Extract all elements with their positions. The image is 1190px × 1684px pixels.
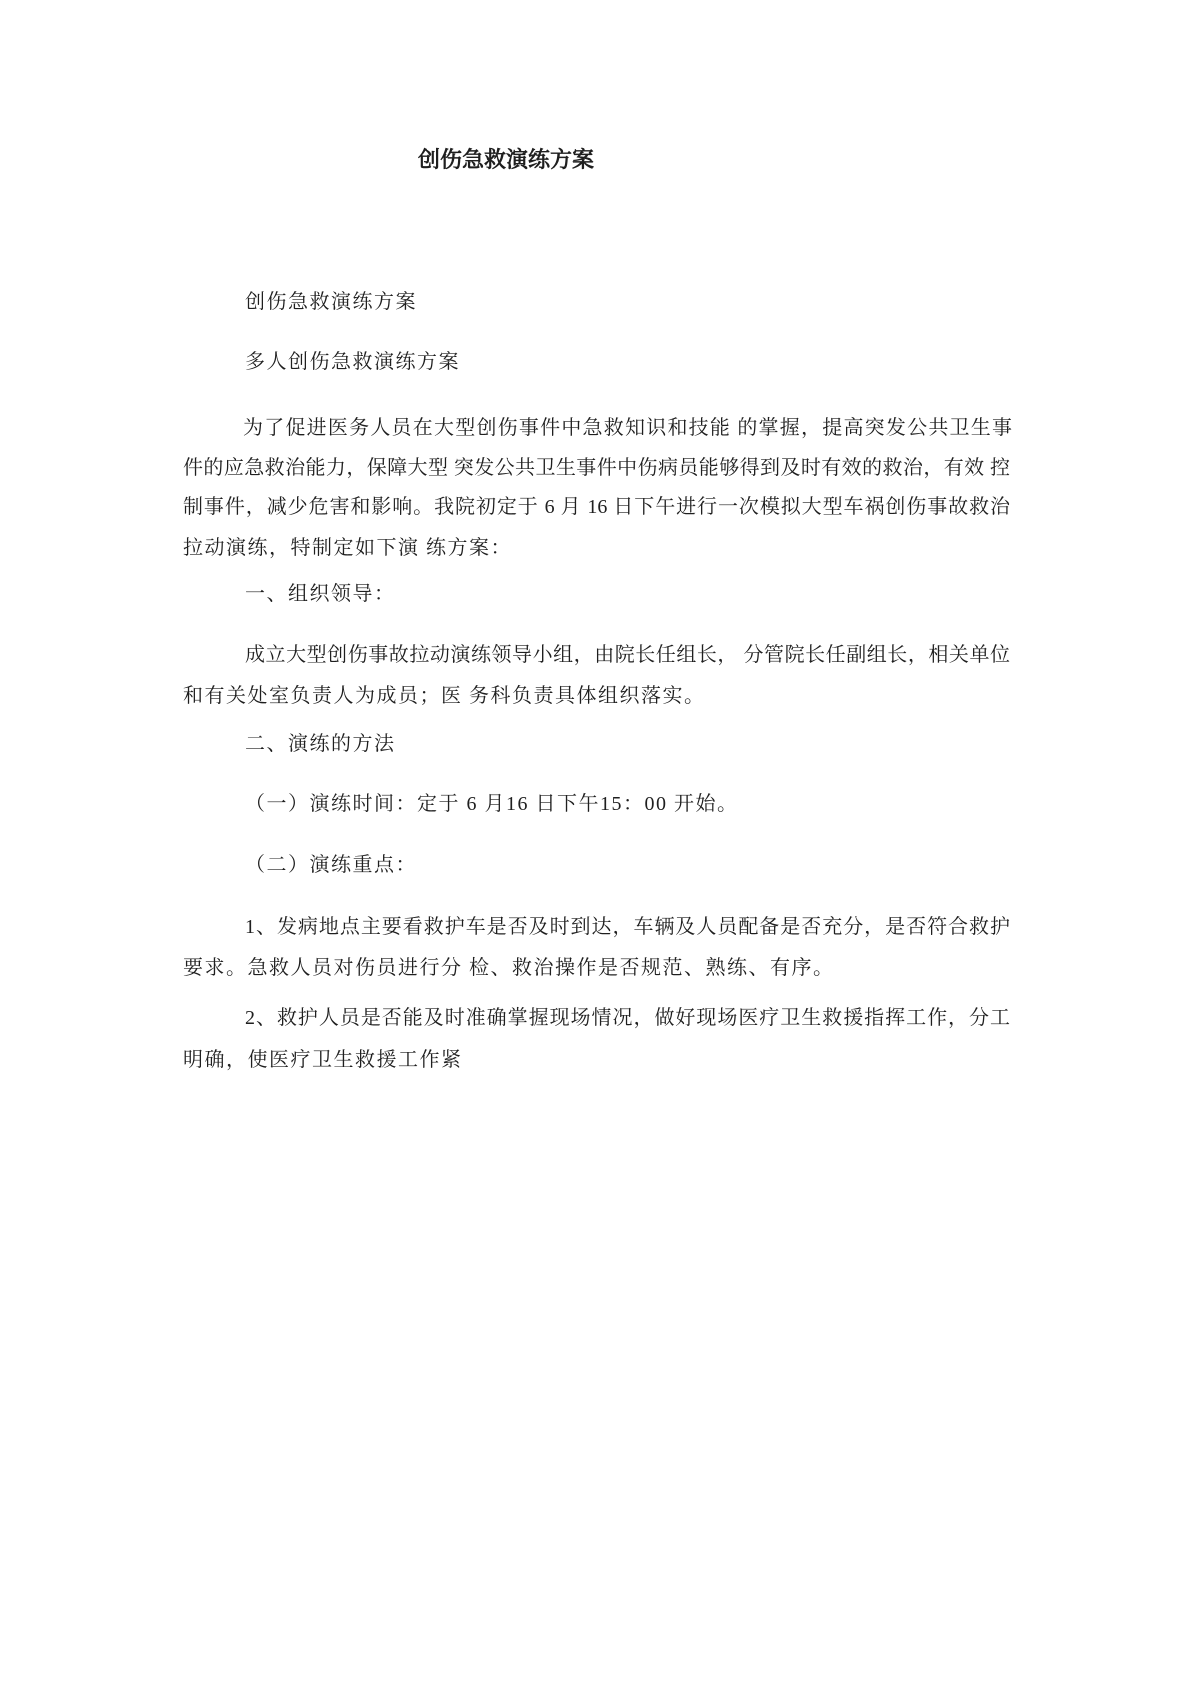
section-heading-line: 一、组织领导：	[245, 580, 396, 608]
numbered-item-line: 1、发病地点主要看救护车是否及时到达，车辆及人员配备是否充分，是否符合救护	[245, 913, 1010, 941]
numbered-item-line: 要求。急救人员对伤员进行分 检、救治操作是否规范、熟练、有序。	[183, 954, 835, 982]
intro-paragraph-line: 为了促进医务人员在大型创伤事件中急救知识和技能 的掌握，提高突发公共卫生事	[243, 414, 1012, 442]
doc-title: 创伤急救演练方案	[418, 146, 594, 174]
numbered-item-line: 明确，使医疗卫生救援工作紧	[183, 1046, 463, 1074]
intro-paragraph-line: 拉动演练，特制定如下演 练方案：	[183, 534, 512, 562]
sub-item-line: （二）演练重点：	[245, 851, 417, 879]
sub-item-line: （一）演练时间：定于 6 月16 日下午15：00 开始。	[245, 790, 739, 818]
numbered-item-line: 2、救护人员是否能及时准确掌握现场情况，做好现场医疗卫生救援指挥工作，分工	[245, 1004, 1010, 1032]
document-page: 创伤急救演练方案创伤急救演练方案多人创伤急救演练方案为了促进医务人员在大型创伤事…	[0, 0, 1190, 1684]
body-paragraph-line: 成立大型创伤事故拉动演练领导小组，由院长任组长， 分管院长任副组长，相关单位	[245, 641, 1010, 669]
subtitle-line: 多人创伤急救演练方案	[245, 348, 460, 376]
intro-paragraph-line: 制事件，减少危害和影响。我院初定于 6 月 16 日下午进行一次模拟大型车祸创伤…	[183, 493, 1010, 521]
intro-paragraph-line: 件的应急救治能力，保障大型 突发公共卫生事件中伤病员能够得到及时有效的救治，有效…	[183, 454, 1010, 482]
body-paragraph-line: 和有关处室负责人为成员；医 务科负责具体组织落实。	[183, 682, 706, 710]
subtitle-line: 创伤急救演练方案	[245, 288, 417, 316]
section-heading-line: 二、演练的方法	[245, 730, 396, 758]
